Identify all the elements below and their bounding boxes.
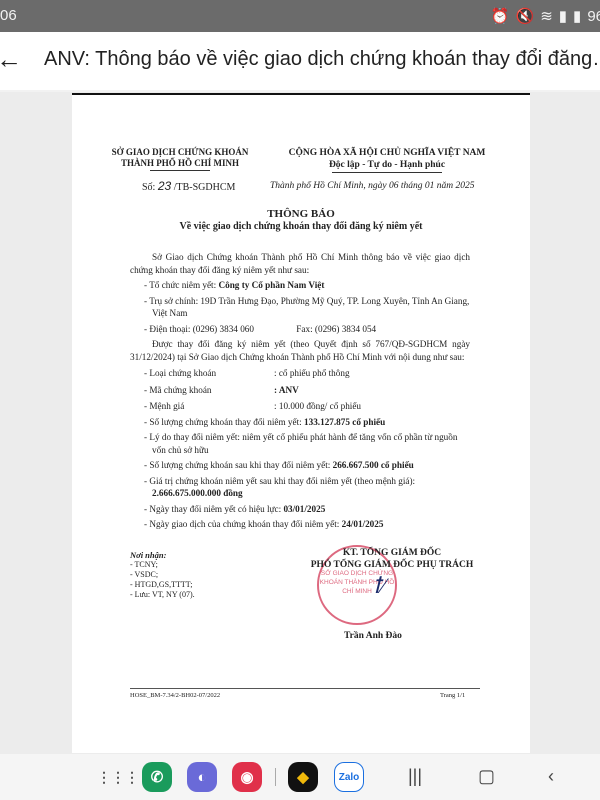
issuer-line2: THÀNH PHỐ HỒ CHÍ MINH [110,158,250,169]
effective-label: - Ngày thay đổi niêm yết có hiệu lực: [144,504,283,514]
detail-value: : ANV [274,384,299,397]
after-qty-label: - Số lượng chứng khoán sau khi thay đổi … [144,460,333,470]
document-page: SỞ GIAO DỊCH CHỨNG KHOÁN THÀNH PHỐ HỒ CH… [72,93,530,753]
sign-line1: KT. TỔNG GIÁM ĐỐC [282,547,502,559]
app-bar: ← ANV: Thông báo về việc giao dịch chứng… [0,32,600,90]
battery-level: 96 [587,8,600,25]
signal-icon: ▮ [573,7,581,25]
after-qty-item: - Số lượng chứng khoán sau khi thay đổi … [130,459,470,472]
back-icon[interactable]: ‹ [548,766,554,787]
recipient: - VSDC; [130,570,195,580]
document-subtitle: Về việc giao dịch chứng khoán thay đổi đ… [72,221,530,232]
number-suffix: /TB-SGDHCM [174,182,236,193]
document-viewer[interactable]: SỞ GIAO DỊCH CHỨNG KHOÁN THÀNH PHỐ HỒ CH… [0,92,600,754]
status-bar: 06 ⏰ 🔇 ≋ ▮ ▮ 96 [0,0,600,32]
zalo-app-icon[interactable]: Zalo [334,762,364,792]
address-item: - Trụ sở chính: 19D Trần Hưng Đạo, Phườn… [130,295,470,320]
binance-app-icon[interactable]: ◆ [288,762,318,792]
detail-key: - Loại chứng khoán [144,367,274,380]
divider [150,170,210,171]
nation-line1: CỘNG HÒA XÃ HỘI CHỦ NGHĨA VIỆT NAM [272,147,502,159]
detail-value: : 10.000 đồng/ cổ phiếu [274,400,361,413]
phone-app-icon[interactable]: ✆ [142,762,172,792]
alarm-icon: ⏰ [491,7,510,25]
number-prefix: Số: [142,182,155,193]
value-item: - Giá trị chứng khoán niêm yết sau khi t… [130,475,470,500]
effective-date-item: - Ngày thay đổi niêm yết có hiệu lực: 03… [130,503,470,516]
recipient: - HTGD,GS,TTTT; [130,580,195,590]
signal-icon: ▮ [559,7,567,25]
detail-row: - Mã chứng khoán : ANV [130,384,470,397]
issuer-header: SỞ GIAO DỊCH CHỨNG KHOÁN THÀNH PHỐ HỒ CH… [110,147,250,171]
document-body: Sở Giao dịch Chứng khoán Thành phố Hồ Ch… [130,251,470,531]
after-qty-value: 266.667.500 cổ phiếu [333,460,414,470]
detail-row: - Mệnh giá : 10.000 đồng/ cổ phiếu [130,400,470,413]
intro-paragraph: Sở Giao dịch Chứng khoán Thành phố Hồ Ch… [130,251,470,276]
reason-item: - Lý do thay đổi niêm yết: niêm yết cổ p… [130,431,470,456]
value-label: - Giá trị chứng khoán niêm yết sau khi t… [144,476,415,486]
nation-header: CỘNG HÒA XÃ HỘI CHỦ NGHĨA VIỆT NAM Độc l… [272,147,502,173]
mute-icon: 🔇 [516,7,535,25]
detail-row: - Loại chứng khoán : cổ phiếu phổ thông [130,367,470,380]
footer-divider [130,688,480,689]
signature-mark: ꝉ⁄ [372,573,385,599]
navigation-bar: ⋮⋮⋮ ✆ ◐ ◉ ◆ Zalo ||| ▢ ‹ [0,754,600,800]
trading-value: 24/01/2025 [342,519,384,529]
org-item: - Tổ chức niêm yết: Công ty Cổ phần Nam … [130,279,470,292]
status-icons: ⏰ 🔇 ≋ ▮ ▮ 96 [491,7,600,25]
contact-item: - Điện thoại: (0296) 3834 060 Fax: (0296… [130,323,470,336]
clock: 06 [0,7,17,24]
sign-line2: PHÓ TỔNG GIÁM ĐỐC PHỤ TRÁCH [282,559,502,571]
changed-qty-label: - Số lượng chứng khoán thay đổi niêm yết… [144,417,304,427]
dock-divider [275,768,276,786]
changed-qty-value: 133.127.875 cổ phiếu [304,417,385,427]
signature-block: KT. TỔNG GIÁM ĐỐC PHÓ TỔNG GIÁM ĐỐC PHỤ … [282,547,502,571]
internet-app-icon[interactable]: ◐ [187,762,217,792]
nation-line2: Độc lập - Tự do - Hạnh phúc [272,159,502,171]
issuer-line1: SỞ GIAO DỊCH CHỨNG KHOÁN [110,147,250,158]
wifi-icon: ≋ [540,7,553,25]
recents-icon[interactable]: ||| [408,766,422,787]
apps-grid-icon[interactable]: ⋮⋮⋮ [103,762,133,792]
approval-paragraph: Được thay đổi đăng ký niêm yết (theo Quy… [130,338,470,363]
divider [332,172,442,173]
recipients-block: Nơi nhận: - TCNY; - VSDC; - HTGD,GS,TTTT… [130,550,195,600]
number-value: 23 [158,179,171,193]
trading-label: - Ngày giao dịch của chứng khoán thay đổ… [144,519,342,529]
home-icon[interactable]: ▢ [478,766,495,787]
page-number: Trang 1/1 [440,692,465,699]
document-date: Thành phố Hồ Chí Minh, ngày 06 tháng 01 … [270,181,475,191]
org-value: Công ty Cổ phần Nam Việt [218,280,324,290]
page-title: ANV: Thông báo về việc giao dịch chứng k… [44,48,600,71]
phone: - Điện thoại: (0296) 3834 060 [144,324,254,334]
recipient: - Lưu: VT, NY (07). [130,590,195,600]
value-value: 2.666.675.000.000 đồng [152,488,243,498]
camera-app-icon[interactable]: ◉ [232,762,262,792]
recipient: - TCNY; [130,560,195,570]
recipients-label: Nơi nhận: [130,550,195,560]
detail-key: - Mã chứng khoán [144,384,274,397]
signer-name: Trần Anh Đào [344,631,402,641]
detail-value: : cổ phiếu phổ thông [274,367,350,380]
org-label: - Tổ chức niêm yết: [144,280,218,290]
document-number: Số: 23 /TB-SGDHCM [142,179,235,193]
trading-date-item: - Ngày giao dịch của chứng khoán thay đổ… [130,518,470,531]
changed-qty-item: - Số lượng chứng khoán thay đổi niêm yết… [130,416,470,429]
document-title: THÔNG BÁO [72,208,530,220]
footer-code: HOSE_BM-7.34/2-BH02-07/2022 [130,692,220,699]
fax: Fax: (0296) 3834 054 [296,324,376,334]
effective-value: 03/01/2025 [283,504,325,514]
back-arrow-icon[interactable]: ← [0,44,22,75]
detail-key: - Mệnh giá [144,400,274,413]
